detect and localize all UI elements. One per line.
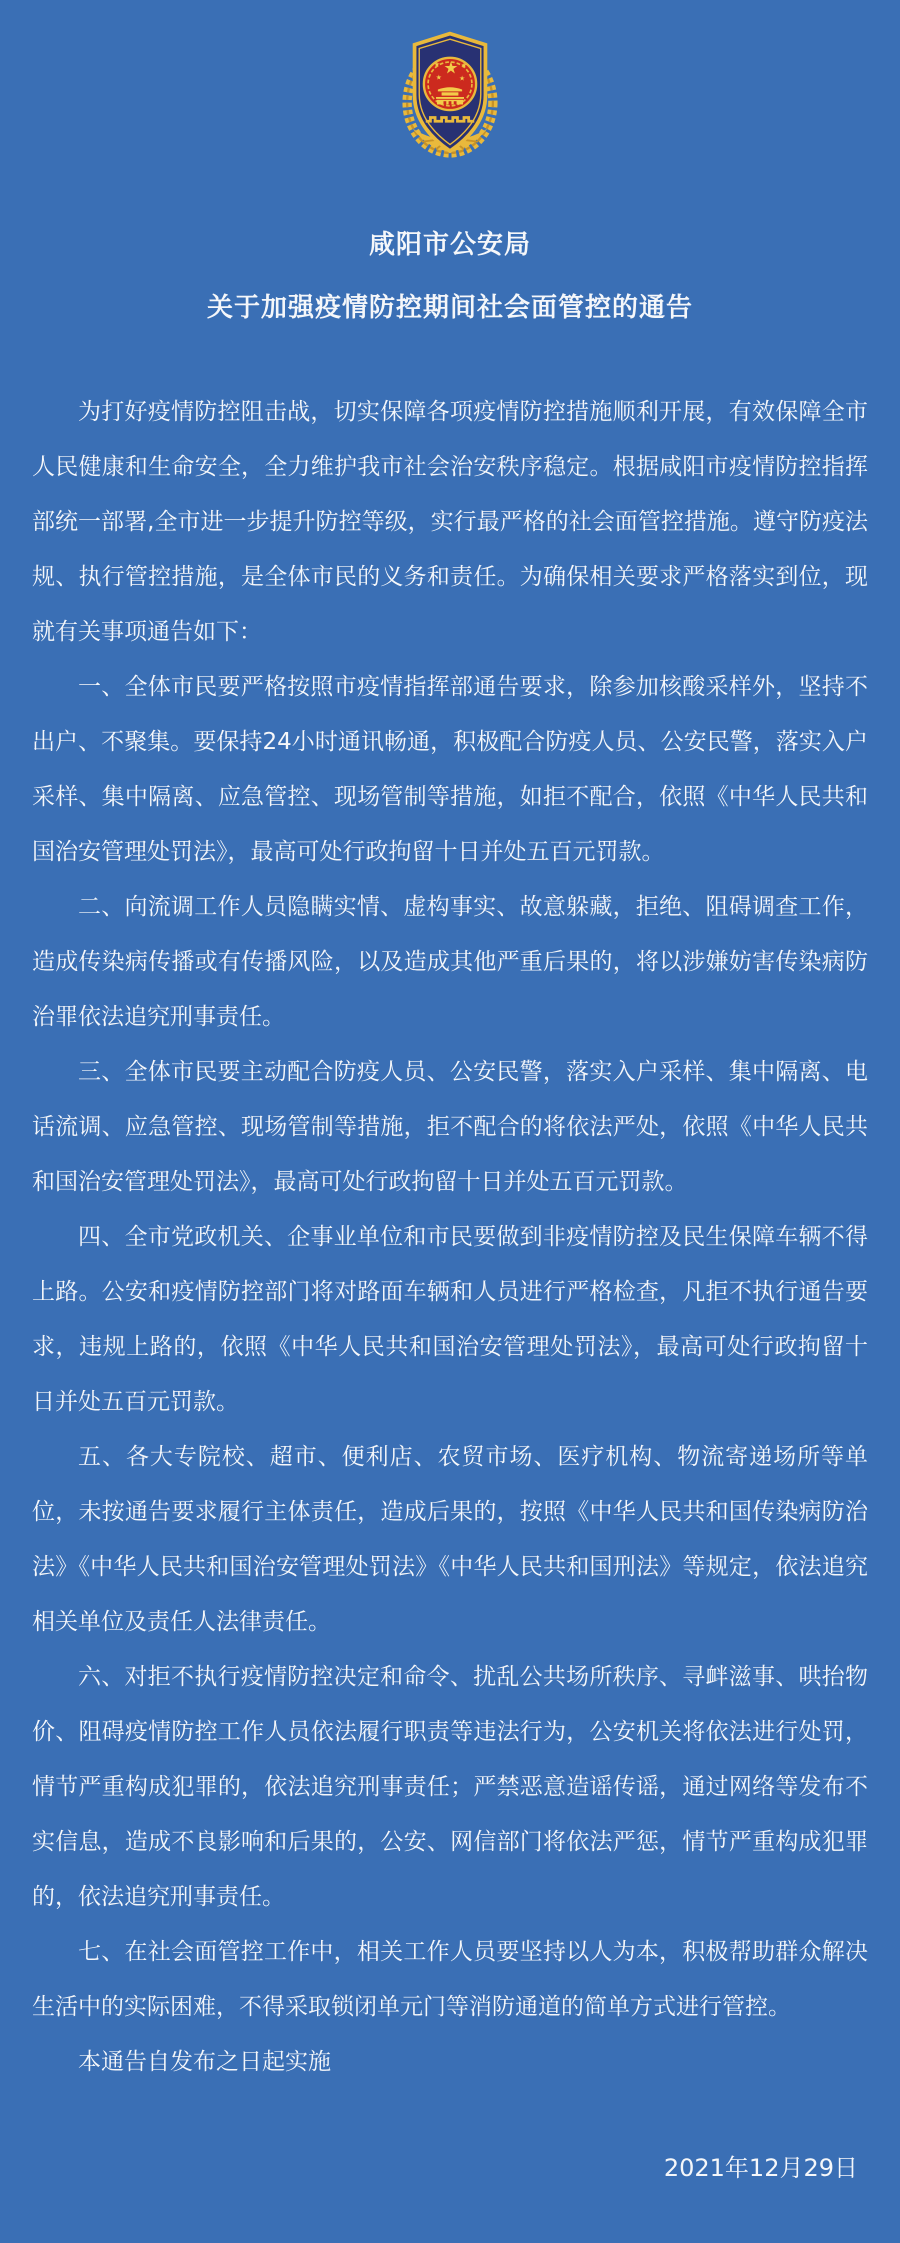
paragraph-item-6: 六、对拒不执行疫情防控决定和命令、扰乱公共场所秩序、寻衅滋事、哄抬物价、阻碍疫情…	[32, 1650, 868, 1925]
page-subtitle: 关于加强疫情防控期间社会面管控的通告	[0, 295, 900, 321]
notice-page: 咸阳市公安局 关于加强疫情防控期间社会面管控的通告 为打好疫情防控阻击战，切实保…	[0, 0, 900, 2243]
paragraph-intro: 为打好疫情防控阻击战，切实保障各项疫情防控措施顺利开展，有效保障全市人民健康和生…	[32, 385, 868, 660]
issue-date: 2021年12月29日	[0, 2154, 900, 2182]
paragraph-item-1: 一、全体市民要严格按照市疫情指挥部通告要求，除参加核酸采样外，坚持不出户、不聚集…	[32, 660, 868, 880]
paragraph-item-2: 二、向流调工作人员隐瞒实情、虚构事实、故意躲藏，拒绝、阻碍调查工作，造成传染病传…	[32, 880, 868, 1045]
paragraph-item-4: 四、全市党政机关、企事业单位和市民要做到非疫情防控及民生保障车辆不得上路。公安和…	[32, 1210, 868, 1430]
police-badge	[0, 28, 900, 166]
paragraph-item-5: 五、各大专院校、超市、便利店、农贸市场、医疗机构、物流寄递场所等单位，未按通告要…	[32, 1430, 868, 1650]
paragraph-item-3: 三、全体市民要主动配合防疫人员、公安民警，落实入户采样、集中隔离、电话流调、应急…	[32, 1045, 868, 1210]
paragraph-effective-date: 本通告自发布之日起实施	[32, 2035, 868, 2090]
page-title: 咸阳市公安局	[0, 232, 900, 258]
paragraph-item-7: 七、在社会面管控工作中，相关工作人员要坚持以人为本，积极帮助群众解决生活中的实际…	[32, 1925, 868, 2035]
police-badge-icon	[394, 28, 506, 166]
notice-body: 为打好疫情防控阻击战，切实保障各项疫情防控措施顺利开展，有效保障全市人民健康和生…	[0, 385, 900, 2090]
